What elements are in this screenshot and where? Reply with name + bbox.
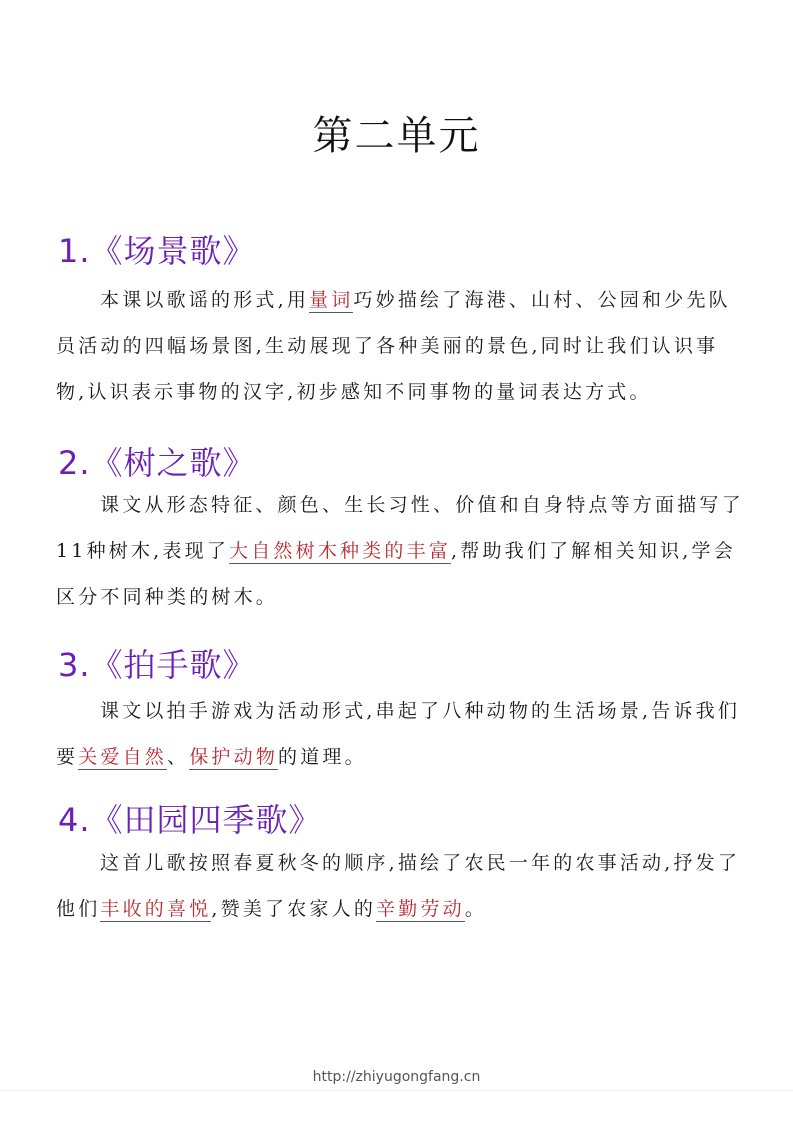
section-paragraph-2: 课文从形态特征、颜色、生长习性、价值和自身特点等方面描写了11种树木,表现了大自… xyxy=(56,482,746,620)
key-term-highlight: 丰收的喜悦 xyxy=(100,898,211,922)
page-title: 第二单元 xyxy=(0,104,793,161)
section-paragraph-1: 本课以歌谣的形式,用量词巧妙描绘了海港、山村、公园和少先队员活动的四幅场景图,生… xyxy=(56,277,746,415)
key-term-highlight: 关爱自然 xyxy=(78,746,167,770)
text-span: 本课以歌谣的形式,用 xyxy=(100,289,309,311)
text-span: 。 xyxy=(465,898,487,920)
text-span: 、 xyxy=(167,746,189,768)
key-term-highlight: 大自然树木种类的丰富 xyxy=(229,540,451,564)
footer-divider xyxy=(0,1090,793,1091)
key-term-highlight: 量词 xyxy=(309,289,353,313)
text-span: ,赞美了农家人的 xyxy=(211,898,376,920)
text-span: 的道理。 xyxy=(278,746,367,768)
key-term-highlight: 辛勤劳动 xyxy=(376,898,465,922)
section-heading-1: 1.《场景歌》 xyxy=(58,226,256,272)
section-heading-2: 2.《树之歌》 xyxy=(58,438,256,484)
section-paragraph-3: 课文以拍手游戏为活动形式,串起了八种动物的生活场景,告诉我们要关爱自然、保护动物… xyxy=(56,688,746,780)
section-heading-3: 3.《拍手歌》 xyxy=(58,640,256,686)
section-paragraph-4: 这首儿歌按照春夏秋冬的顺序,描绘了农民一年的农事活动,抒发了他们丰收的喜悦,赞美… xyxy=(56,840,746,932)
footer-url: http://zhiyugongfang.cn xyxy=(0,1069,793,1085)
key-term-highlight: 保护动物 xyxy=(189,746,278,770)
section-heading-4: 4.《田园四季歌》 xyxy=(58,795,322,841)
